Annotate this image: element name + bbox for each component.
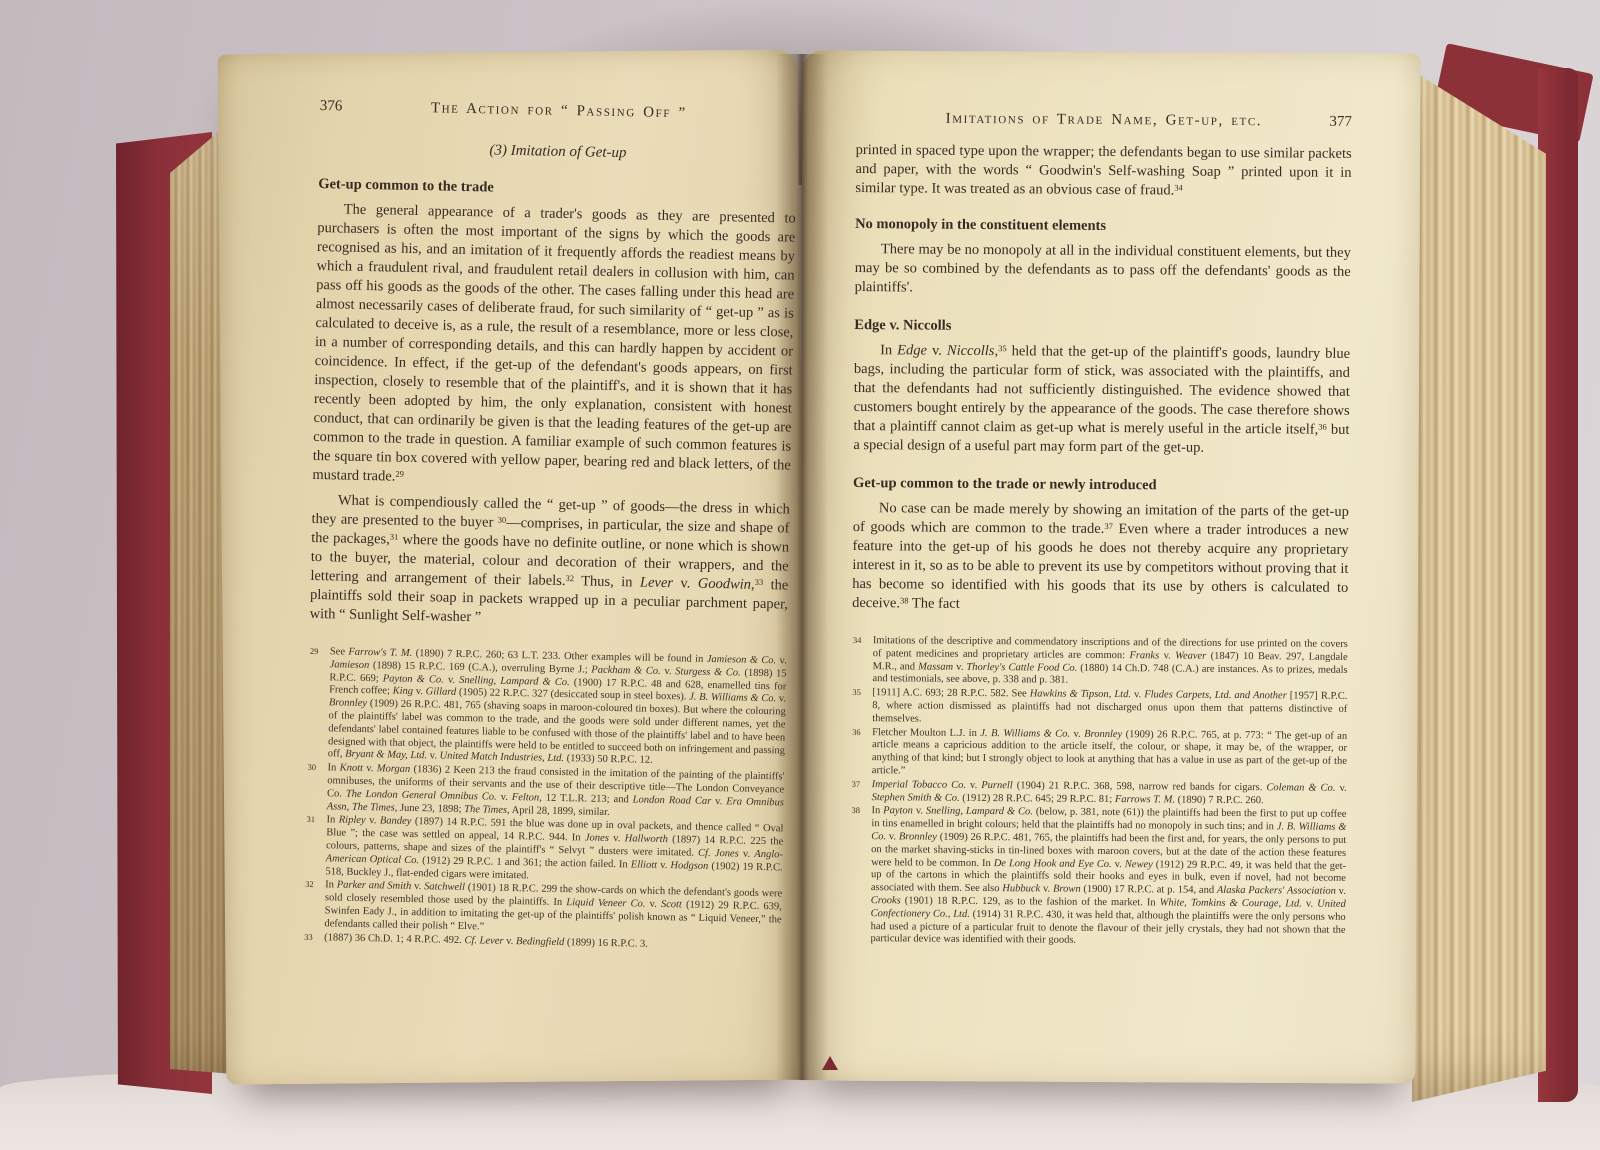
footnote-text: Imperial Tobacco Co. v. Purnell (1904) 2… <box>872 779 1347 806</box>
footnote-number: 32 <box>305 878 314 891</box>
footnote-number: 31 <box>306 813 315 826</box>
open-book: 376 The Action for “ Passing Off ” (3) I… <box>0 0 1600 1150</box>
header-spacer <box>752 119 798 120</box>
footnotes-right: 34 Imitations of the descriptive and com… <box>849 635 1347 950</box>
footnote-text: In Parker and Smith v. Satchwell (1901) … <box>324 880 782 933</box>
footnote: 37 Imperial Tobacco Co. v. Purnell (1904… <box>851 779 1347 808</box>
paragraph: There may be no monopoly at all in the i… <box>855 240 1351 301</box>
footnote: 35 [1911] A.C. 693; 28 R.P.C. 582. See H… <box>851 687 1347 729</box>
footnote-text: Fletcher Moulton L.J. in J. B. Williams … <box>872 727 1347 777</box>
paragraph: What is compendiously called the “ get-u… <box>309 491 790 634</box>
left-page-text: 376 The Action for “ Passing Off ” (3) I… <box>303 98 798 955</box>
footnote-number: 34 <box>853 634 862 647</box>
paragraph: printed in spaced type upon the wrapper;… <box>855 141 1351 202</box>
page-number-left: 376 <box>320 98 366 116</box>
footnote-text: [1911] A.C. 693; 28 R.P.C. 582. See Hawk… <box>872 687 1347 724</box>
footnote-text: Imitations of the descriptive and commen… <box>872 635 1347 686</box>
paragraph: No case can be made merely by showing an… <box>852 499 1349 617</box>
right-page-text: Imitations of Trade Name, Get-up, etc. 3… <box>849 110 1352 951</box>
footnote: 32 In Parker and Smith v. Satchwell (190… <box>303 879 782 940</box>
footnote: 29 See Farrow's T. M. (1890) 7 R.P.C. 26… <box>307 646 787 771</box>
heading-edge-v-niccolls: Edge v. Niccolls <box>854 317 1350 338</box>
footnote-number: 30 <box>307 761 316 774</box>
section-heading: (3) Imitation of Get-up <box>319 139 797 166</box>
heading-no-monopoly: No monopoly in the constituent elements <box>855 216 1351 237</box>
footnotes-left: 29 See Farrow's T. M. (1890) 7 R.P.C. 26… <box>303 646 787 954</box>
footnote-number: 37 <box>852 778 861 791</box>
footnote-number: 36 <box>852 726 861 739</box>
footnote: 31 In Ripley v. Bandey (1897) 14 R.P.C. … <box>304 814 783 888</box>
right-page-header: Imitations of Trade Name, Get-up, etc. 3… <box>856 110 1352 131</box>
heading-getup-common: Get-up common to the trade <box>318 176 796 203</box>
footnote: 36 Fletcher Moulton L.J. in J. B. Willia… <box>851 727 1347 782</box>
footnote: 38 In Payton v. Snelling, Lampard & Co. … <box>849 805 1346 950</box>
footnote: 34 Imitations of the descriptive and com… <box>851 635 1347 690</box>
page-number-right: 377 <box>1306 114 1352 131</box>
footnote-text: In Knott v. Morgan (1836) 2 Keen 213 the… <box>327 762 785 817</box>
footnote-number: 35 <box>852 686 861 699</box>
footnote-number: 29 <box>310 645 319 658</box>
footnote-text: See Farrow's T. M. (1890) 7 R.P.C. 260; … <box>328 646 787 766</box>
footnote-text: In Ripley v. Bandey (1897) 14 R.P.C. 591… <box>325 815 783 881</box>
footnote-text: In Payton v. Snelling, Lampard & Co. (be… <box>870 806 1346 947</box>
page-edges-right <box>1412 60 1546 1102</box>
footnote-number: 33 <box>304 930 313 943</box>
running-head-right: Imitations of Trade Name, Get-up, etc. <box>902 110 1306 130</box>
paragraph: The general appearance of a trader's goo… <box>312 200 796 495</box>
heading-getup-common-or-new: Get-up common to the trade or newly intr… <box>853 475 1349 496</box>
book-photo-scene: 376 The Action for “ Passing Off ” (3) I… <box>0 0 1600 1150</box>
paragraph: In Edge v. Niccolls,35 held that the get… <box>853 341 1350 459</box>
footnote-number: 38 <box>851 804 860 817</box>
footnote: 30 In Knott v. Morgan (1836) 2 Keen 213 … <box>306 762 785 823</box>
